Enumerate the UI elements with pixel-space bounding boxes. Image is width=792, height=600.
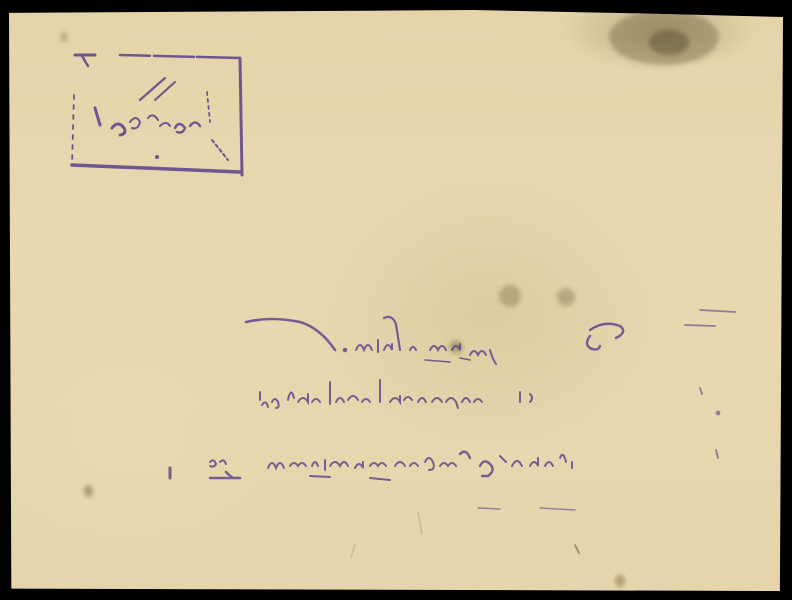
image-subject: Old paper envelope photographed on black… bbox=[0, 0, 1, 1]
stain-bottom-left bbox=[84, 485, 93, 497]
envelope bbox=[9, 10, 783, 591]
stain-center-2 bbox=[557, 288, 575, 306]
address-line-2-desc: Second line of address text bbox=[0, 0, 1, 1]
handstamp-label: Rectangular purple handstamp (boxed canc… bbox=[0, 0, 1, 1]
stain-bottom-right bbox=[615, 575, 625, 587]
stain-top-right-dark bbox=[649, 30, 689, 55]
address-line-1-desc: First line with flourish at left, ending… bbox=[0, 0, 1, 1]
stain-top-left bbox=[61, 32, 67, 42]
stain-center-1 bbox=[499, 285, 521, 307]
address-line-3-desc: Third line of address text with numerals… bbox=[0, 0, 1, 1]
address-label: Handwritten address in purple ink, non-L… bbox=[0, 0, 1, 1]
stain-center-3 bbox=[449, 340, 463, 354]
photo-stage: Old paper envelope photographed on black… bbox=[0, 0, 792, 600]
